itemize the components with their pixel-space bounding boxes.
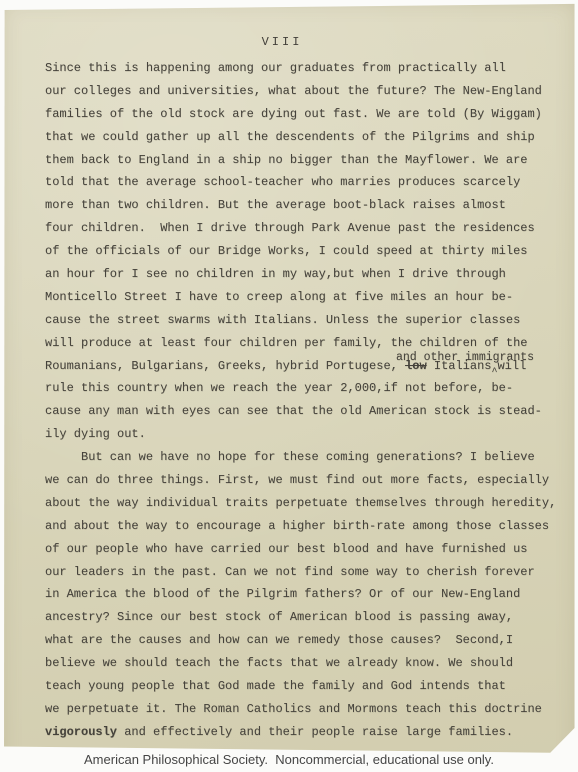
typewritten-line: rule this country when we reach the year… xyxy=(45,377,557,400)
typewritten-line: about the way individual traits perpetua… xyxy=(45,492,557,515)
typewritten-line: teach young people that God made the fam… xyxy=(45,675,557,698)
typewritten-line: ancestry? Since our best stock of Americ… xyxy=(45,606,557,629)
typewritten-line: of the officials of our Bridge Works, I … xyxy=(45,240,557,263)
typewritten-line: believe we should teach the facts that w… xyxy=(45,652,557,675)
typewritten-line: we can do three things. First, we must f… xyxy=(45,469,557,492)
typewritten-body: Since this is happening among our gradua… xyxy=(45,57,557,744)
typewritten-line: them back to England in a ship no bigger… xyxy=(45,149,557,172)
typewritten-line: vigorously and effectively and their peo… xyxy=(45,721,557,744)
typewritten-line: ily dying out. xyxy=(45,423,557,446)
typewritten-line: what are the causes and how can we remed… xyxy=(45,629,557,652)
typewritten-line: families of the old stock are dying out … xyxy=(45,103,557,126)
typewritten-line: our leaders in the past. Can we not find… xyxy=(45,561,557,584)
footer-strip: American Philosophical Society. Noncomme… xyxy=(0,746,578,772)
scan-background: VIII Since this is happening among our g… xyxy=(0,0,578,772)
typewritten-line: But can we have no hope for these coming… xyxy=(45,446,557,469)
typewritten-line: Since this is happening among our gradua… xyxy=(45,57,557,80)
typewritten-line: that we could gather up all the descende… xyxy=(45,126,557,149)
typewritten-line: in America the blood of the Pilgrim fath… xyxy=(45,583,557,606)
typewritten-line: of our people who have carried our best … xyxy=(45,538,557,561)
typewritten-line: Monticello Street I have to creep along … xyxy=(45,286,557,309)
typewritten-line: cause the street swarms with Italians. U… xyxy=(45,309,557,332)
typewritten-line: more than two children. But the average … xyxy=(45,194,557,217)
typewritten-line: and about the way to encourage a higher … xyxy=(45,515,557,538)
typewritten-line: told that the average school-teacher who… xyxy=(45,171,557,194)
typewritten-line: cause any man with eyes can see that the… xyxy=(45,400,557,423)
typewritten-line: our colleges and universities, what abou… xyxy=(45,80,557,103)
typewritten-line: an hour for I see no children in my way,… xyxy=(45,263,557,286)
typewritten-line: four children. When I drive through Park… xyxy=(45,217,557,240)
footer-caption: American Philosophical Society. Noncomme… xyxy=(84,752,494,767)
typewritten-line: we perpetuate it. The Roman Catholics an… xyxy=(45,698,557,721)
page-number-heading: VIII xyxy=(0,35,564,49)
